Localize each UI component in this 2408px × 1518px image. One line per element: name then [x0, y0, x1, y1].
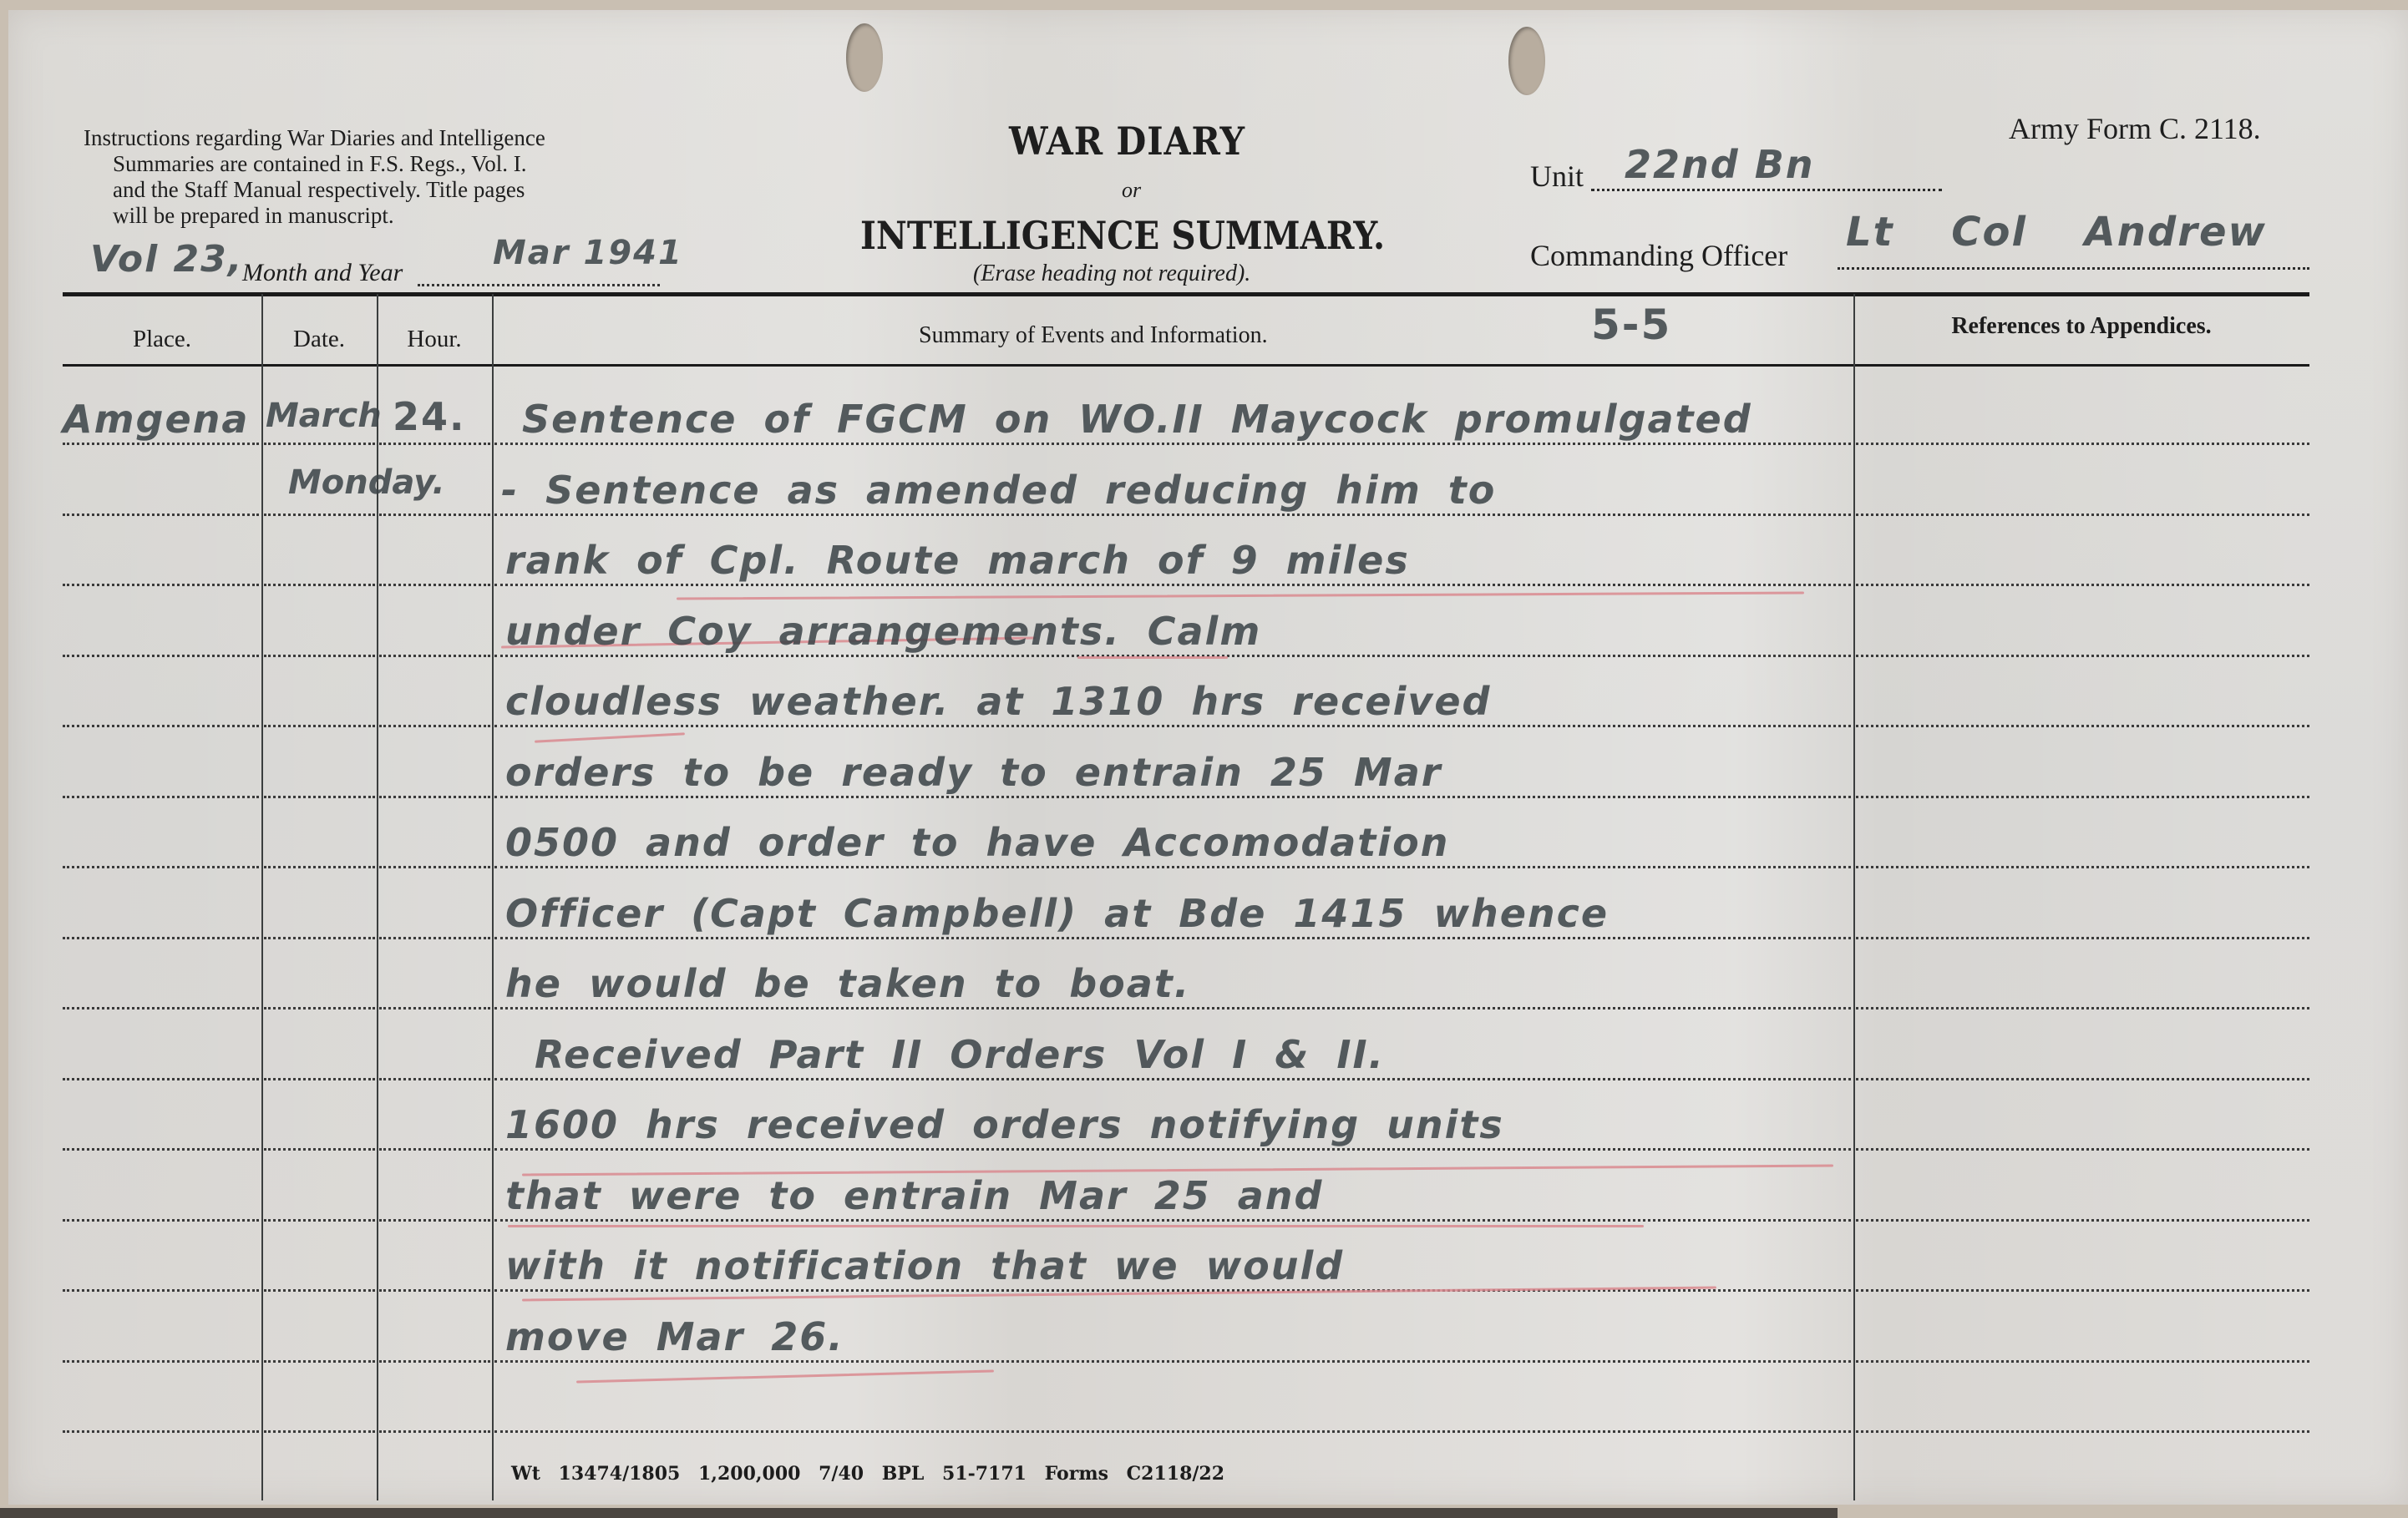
dotted-rule — [264, 1289, 375, 1292]
dotted-rule — [1856, 514, 2309, 516]
dotted-rule — [1856, 1078, 2309, 1080]
volume-handwritten: Vol 23, — [90, 238, 243, 281]
summary-line: orders to be ready to entrain 25 Mar — [505, 750, 1442, 795]
dotted-rule — [264, 1430, 375, 1433]
dotted-rule — [63, 725, 259, 727]
instructions-line: Instructions regarding War Diaries and I… — [84, 125, 735, 151]
dotted-rule — [264, 1078, 375, 1080]
column-divider-place — [261, 294, 263, 1500]
dotted-rule — [1856, 866, 2309, 868]
dotted-rule — [1856, 1148, 2309, 1151]
summary-line: Sentence of FGCM on WO.II Maycock promul… — [522, 397, 1752, 442]
dotted-rule — [63, 1007, 259, 1009]
dotted-rule — [63, 1289, 259, 1292]
col-header-date: Date. — [261, 326, 377, 353]
dotted-rule — [264, 937, 375, 939]
title-or: or — [1122, 178, 1141, 203]
dotted-rule — [1856, 584, 2309, 586]
dotted-rule — [264, 443, 375, 445]
dotted-rule — [1856, 1430, 2309, 1433]
entry-hour: 24. — [393, 394, 466, 439]
dotted-rule — [494, 1148, 1851, 1151]
col-header-summary: Summary of Events and Information. — [919, 322, 1268, 349]
commanding-officer-label: Commanding Officer — [1530, 238, 1787, 273]
entry-place: Amgena — [63, 397, 249, 442]
dotted-rule — [264, 725, 375, 727]
dotted-rule — [494, 1430, 1851, 1433]
title-war-diary: WAR DIARY — [1009, 119, 1245, 164]
dotted-rule — [264, 584, 375, 586]
dotted-rule — [264, 1007, 375, 1009]
dotted-rule — [379, 866, 490, 868]
dotted-rule — [494, 443, 1851, 445]
dotted-rule — [494, 937, 1851, 939]
instructions-line: will be prepared in manuscript. — [84, 203, 735, 229]
month-year-field-line — [418, 284, 660, 286]
summary-line: 1600 hrs received orders notifying units — [505, 1102, 1504, 1147]
sheet-shadow-edge — [0, 1508, 1838, 1518]
dotted-rule — [379, 1219, 490, 1222]
dotted-rule — [63, 937, 259, 939]
dotted-rule — [494, 796, 1851, 798]
dotted-rule — [264, 655, 375, 657]
dotted-rule — [379, 725, 490, 727]
unit-label: Unit — [1530, 159, 1584, 194]
dotted-rule — [1856, 443, 2309, 445]
dotted-rule — [494, 584, 1851, 586]
commanding-officer-value: Lt Col Andrew — [1846, 209, 2267, 256]
col-header-references: References to Appendices. — [1853, 313, 2309, 340]
dotted-rule — [379, 443, 490, 445]
entry-date-month: March — [266, 397, 382, 435]
punch-hole-right — [1508, 27, 1545, 95]
dotted-rule — [494, 1078, 1851, 1080]
dotted-rule — [1856, 725, 2309, 727]
title-note: (Erase heading not required). — [973, 261, 1250, 287]
instructions-block: Instructions regarding War Diaries and I… — [84, 125, 735, 229]
dotted-rule — [1856, 655, 2309, 657]
dotted-rule — [494, 725, 1851, 727]
dotted-rule — [379, 1360, 490, 1363]
dotted-rule — [1856, 1360, 2309, 1363]
dotted-rule — [379, 1078, 490, 1080]
summary-line: 0500 and order to have Accomodation — [505, 820, 1449, 865]
dotted-rule — [264, 1219, 375, 1222]
red-underline — [1077, 656, 1228, 659]
dotted-rule — [63, 1148, 259, 1151]
dotted-rule — [379, 1289, 490, 1292]
column-divider-hour — [492, 294, 494, 1500]
dotted-rule — [1856, 1289, 2309, 1292]
summary-line: that were to entrain Mar 25 and — [505, 1173, 1323, 1218]
dotted-rule — [379, 655, 490, 657]
summary-line: with it notification that we would — [505, 1243, 1344, 1288]
table-top-rule — [63, 292, 2309, 296]
dotted-rule — [494, 514, 1851, 516]
dotted-rule — [494, 866, 1851, 868]
summary-line: Officer (Capt Campbell) at Bde 1415 when… — [505, 891, 1609, 936]
form-number: Army Form C. 2118. — [2009, 111, 2261, 146]
unit-value: 22nd Bn — [1625, 142, 1815, 187]
dotted-rule — [1856, 1219, 2309, 1222]
dotted-rule — [379, 514, 490, 516]
dotted-rule — [63, 443, 259, 445]
dotted-rule — [63, 1078, 259, 1080]
instructions-line: and the Staff Manual respectively. Title… — [84, 177, 735, 203]
summary-line: rank of Cpl. Route march of 9 miles — [505, 538, 1410, 583]
dotted-rule — [494, 1007, 1851, 1009]
month-year-label: Month and Year — [242, 259, 403, 287]
col-header-place: Place. — [63, 326, 261, 353]
commanding-officer-field-line — [1838, 267, 2309, 270]
summary-line: - Sentence as amended reducing him to — [501, 468, 1496, 513]
dotted-rule — [63, 796, 259, 798]
dotted-rule — [63, 655, 259, 657]
dotted-rule — [264, 1360, 375, 1363]
dotted-rule — [1856, 796, 2309, 798]
dotted-rule — [63, 1360, 259, 1363]
dotted-rule — [63, 866, 259, 868]
summary-line: Received Part II Orders Vol I & II. — [535, 1032, 1385, 1077]
punch-hole-left — [846, 23, 883, 92]
dotted-rule — [379, 1430, 490, 1433]
dotted-rule — [264, 866, 375, 868]
column-divider-summary — [1853, 294, 1855, 1500]
header-bottom-rule — [63, 364, 2309, 367]
dotted-rule — [379, 937, 490, 939]
dotted-rule — [1856, 1007, 2309, 1009]
title-intelligence-summary: INTELLIGENCE SUMMARY. — [860, 213, 1385, 258]
unit-field-line — [1591, 189, 1942, 191]
dotted-rule — [264, 514, 375, 516]
dotted-rule — [494, 1360, 1851, 1363]
instructions-line: Summaries are contained in F.S. Regs., V… — [84, 151, 735, 177]
dotted-rule — [379, 1007, 490, 1009]
dotted-rule — [379, 796, 490, 798]
dotted-rule — [494, 1219, 1851, 1222]
summary-line: he would be taken to boat. — [505, 961, 1190, 1006]
month-year-value: Mar 1941 — [493, 234, 683, 272]
page-note-handwritten: 5-5 — [1591, 301, 1671, 349]
dotted-rule — [379, 1148, 490, 1151]
dotted-rule — [264, 796, 375, 798]
dotted-rule — [1856, 937, 2309, 939]
red-underline — [508, 1225, 1644, 1227]
entry-date-day: Monday. — [288, 463, 445, 502]
summary-line: under Coy arrangements. Calm — [505, 609, 1261, 654]
dotted-rule — [63, 1430, 259, 1433]
dotted-rule — [264, 1148, 375, 1151]
dotted-rule — [63, 1219, 259, 1222]
col-header-hour: Hour. — [377, 326, 492, 353]
summary-line: move Mar 26. — [505, 1314, 844, 1359]
form-print-reference: Wt 13474/1805 1,200,000 7/40 BPL 51-7171… — [511, 1463, 1224, 1485]
dotted-rule — [379, 584, 490, 586]
dotted-rule — [63, 514, 259, 516]
summary-line: cloudless weather. at 1310 hrs received — [505, 679, 1491, 724]
dotted-rule — [63, 584, 259, 586]
